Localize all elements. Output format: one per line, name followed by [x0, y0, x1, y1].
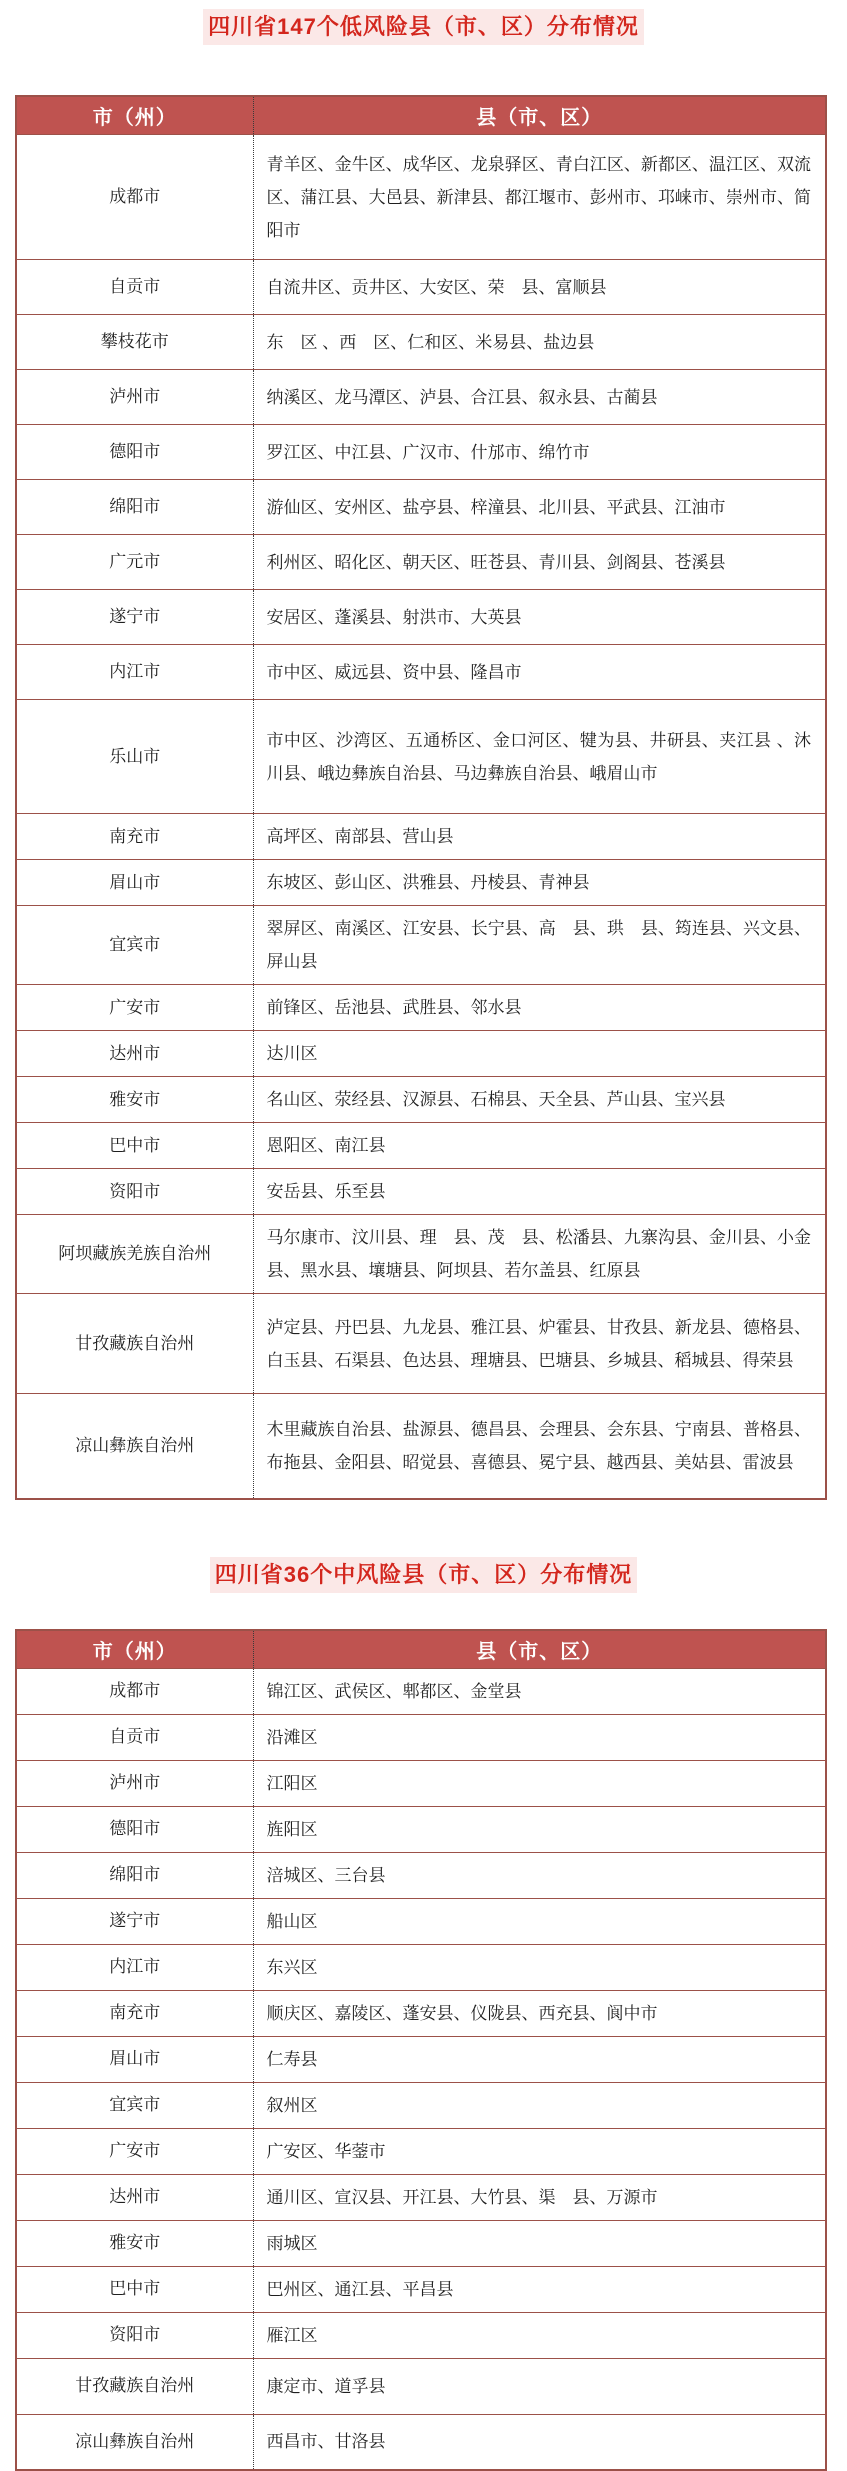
city-cell: 德阳市	[16, 1806, 253, 1852]
city-cell: 广元市	[16, 535, 253, 590]
low-risk-section: 四川省147个低风险县（市、区）分布情况 市（州） 县（市、区） 成都市青羊区、…	[0, 8, 847, 1500]
counties-cell: 顺庆区、嘉陵区、蓬安县、仪陇县、西充县、阆中市	[253, 1990, 826, 2036]
counties-cell: 市中区、沙湾区、五通桥区、金口河区、犍为县、井研县、夹江县 、沐川县、峨边彝族自…	[253, 700, 826, 814]
table-row: 绵阳市涪城区、三台县	[16, 1852, 826, 1898]
table-row: 内江市东兴区	[16, 1944, 826, 1990]
table-row: 泸州市江阳区	[16, 1760, 826, 1806]
counties-cell: 名山区、荥经县、汉源县、石棉县、天全县、芦山县、宝兴县	[253, 1077, 826, 1123]
city-cell: 乐山市	[16, 700, 253, 814]
counties-cell: 木里藏族自治县、盐源县、德昌县、会理县、会东县、宁南县、普格县、布拖县、金阳县、…	[253, 1394, 826, 1499]
table-row: 攀枝花市东 区 、西 区、仁和区、米易县、盐边县	[16, 315, 826, 370]
table-row: 德阳市罗江区、中江县、广汉市、什邡市、绵竹市	[16, 425, 826, 480]
table-row: 乐山市市中区、沙湾区、五通桥区、金口河区、犍为县、井研县、夹江县 、沐川县、峨边…	[16, 700, 826, 814]
city-cell: 宜宾市	[16, 906, 253, 985]
counties-cell: 高坪区、南部县、营山县	[253, 814, 826, 860]
table-row: 甘孜藏族自治州泸定县、丹巴县、九龙县、雅江县、炉霍县、甘孜县、新龙县、德格县、白…	[16, 1294, 826, 1394]
city-cell: 阿坝藏族羌族自治州	[16, 1215, 253, 1294]
table-row: 广元市利州区、昭化区、朝天区、旺苍县、青川县、剑阁县、苍溪县	[16, 535, 826, 590]
counties-cell: 罗江区、中江县、广汉市、什邡市、绵竹市	[253, 425, 826, 480]
table-row: 资阳市安岳县、乐至县	[16, 1169, 826, 1215]
table-row: 雅安市名山区、荥经县、汉源县、石棉县、天全县、芦山县、宝兴县	[16, 1077, 826, 1123]
city-cell: 广安市	[16, 2128, 253, 2174]
counties-cell: 江阳区	[253, 1760, 826, 1806]
city-cell: 泸州市	[16, 1760, 253, 1806]
counties-cell: 纳溪区、龙马潭区、泸县、合江县、叙永县、古蔺县	[253, 370, 826, 425]
table-row: 宜宾市叙州区	[16, 2082, 826, 2128]
counties-cell: 恩阳区、南江县	[253, 1123, 826, 1169]
column-header-county: 县（市、区）	[253, 96, 826, 135]
counties-cell: 翠屏区、南溪区、江安县、长宁县、高 县、珙 县、筠连县、兴文县、屏山县	[253, 906, 826, 985]
table-row: 内江市市中区、威远县、资中县、隆昌市	[16, 645, 826, 700]
table-header-row: 市（州） 县（市、区）	[16, 1630, 826, 1669]
counties-cell: 沿滩区	[253, 1714, 826, 1760]
table-row: 阿坝藏族羌族自治州马尔康市、汶川县、理 县、茂 县、松潘县、九寨沟县、金川县、小…	[16, 1215, 826, 1294]
column-header-county: 县（市、区）	[253, 1630, 826, 1669]
table-row: 德阳市旌阳区	[16, 1806, 826, 1852]
counties-cell: 泸定县、丹巴县、九龙县、雅江县、炉霍县、甘孜县、新龙县、德格县、白玉县、石渠县、…	[253, 1294, 826, 1394]
counties-cell: 市中区、威远县、资中县、隆昌市	[253, 645, 826, 700]
table-row: 南充市高坪区、南部县、营山县	[16, 814, 826, 860]
medium-risk-table: 市（州） 县（市、区） 成都市锦江区、武侯区、郫都区、金堂县自贡市沿滩区泸州市江…	[15, 1629, 827, 2471]
city-cell: 巴中市	[16, 1123, 253, 1169]
counties-cell: 雁江区	[253, 2312, 826, 2358]
city-cell: 眉山市	[16, 860, 253, 906]
city-cell: 资阳市	[16, 1169, 253, 1215]
title-highlight: 四川省36个中风险县（市、区）分布情况	[210, 1557, 637, 1593]
city-cell: 遂宁市	[16, 1898, 253, 1944]
table-row: 巴中市巴州区、通江县、平昌县	[16, 2266, 826, 2312]
table-row: 达州市达川区	[16, 1031, 826, 1077]
counties-cell: 叙州区	[253, 2082, 826, 2128]
medium-risk-section: 四川省36个中风险县（市、区）分布情况 市（州） 县（市、区） 成都市锦江区、武…	[0, 1556, 847, 2471]
city-cell: 泸州市	[16, 370, 253, 425]
table-row: 眉山市东坡区、彭山区、洪雅县、丹棱县、青神县	[16, 860, 826, 906]
counties-cell: 东坡区、彭山区、洪雅县、丹棱县、青神县	[253, 860, 826, 906]
low-risk-title: 四川省147个低风险县（市、区）分布情况	[0, 8, 847, 45]
counties-cell: 安居区、蓬溪县、射洪市、大英县	[253, 590, 826, 645]
city-cell: 绵阳市	[16, 480, 253, 535]
city-cell: 内江市	[16, 1944, 253, 1990]
city-cell: 眉山市	[16, 2036, 253, 2082]
city-cell: 自贡市	[16, 1714, 253, 1760]
table-row: 雅安市雨城区	[16, 2220, 826, 2266]
table-row: 成都市青羊区、金牛区、成华区、龙泉驿区、青白江区、新都区、温江区、双流区、蒲江县…	[16, 135, 826, 260]
city-cell: 成都市	[16, 135, 253, 260]
counties-cell: 东 区 、西 区、仁和区、米易县、盐边县	[253, 315, 826, 370]
table-row: 巴中市恩阳区、南江县	[16, 1123, 826, 1169]
table-row: 自贡市自流井区、贡井区、大安区、荣 县、富顺县	[16, 260, 826, 315]
city-cell: 雅安市	[16, 1077, 253, 1123]
counties-cell: 游仙区、安州区、盐亭县、梓潼县、北川县、平武县、江油市	[253, 480, 826, 535]
counties-cell: 自流井区、贡井区、大安区、荣 县、富顺县	[253, 260, 826, 315]
table-row: 资阳市雁江区	[16, 2312, 826, 2358]
counties-cell: 康定市、道孚县	[253, 2358, 826, 2414]
column-header-city: 市（州）	[16, 1630, 253, 1669]
table-row: 广安市广安区、华蓥市	[16, 2128, 826, 2174]
city-cell: 南充市	[16, 814, 253, 860]
city-cell: 巴中市	[16, 2266, 253, 2312]
counties-cell: 旌阳区	[253, 1806, 826, 1852]
table-row: 遂宁市安居区、蓬溪县、射洪市、大英县	[16, 590, 826, 645]
counties-cell: 利州区、昭化区、朝天区、旺苍县、青川县、剑阁县、苍溪县	[253, 535, 826, 590]
medium-risk-title: 四川省36个中风险县（市、区）分布情况	[0, 1556, 847, 1593]
counties-cell: 通川区、宣汉县、开江县、大竹县、渠 县、万源市	[253, 2174, 826, 2220]
city-cell: 凉山彝族自治州	[16, 1394, 253, 1499]
counties-cell: 前锋区、岳池县、武胜县、邻水县	[253, 985, 826, 1031]
city-cell: 甘孜藏族自治州	[16, 2358, 253, 2414]
counties-cell: 巴州区、通江县、平昌县	[253, 2266, 826, 2312]
city-cell: 绵阳市	[16, 1852, 253, 1898]
city-cell: 资阳市	[16, 2312, 253, 2358]
counties-cell: 广安区、华蓥市	[253, 2128, 826, 2174]
city-cell: 内江市	[16, 645, 253, 700]
table-row: 自贡市沿滩区	[16, 1714, 826, 1760]
city-cell: 甘孜藏族自治州	[16, 1294, 253, 1394]
table-row: 绵阳市游仙区、安州区、盐亭县、梓潼县、北川县、平武县、江油市	[16, 480, 826, 535]
city-cell: 遂宁市	[16, 590, 253, 645]
city-cell: 凉山彝族自治州	[16, 2414, 253, 2470]
table-row: 宜宾市翠屏区、南溪区、江安县、长宁县、高 县、珙 县、筠连县、兴文县、屏山县	[16, 906, 826, 985]
table-row: 泸州市纳溪区、龙马潭区、泸县、合江县、叙永县、古蔺县	[16, 370, 826, 425]
table-row: 凉山彝族自治州西昌市、甘洛县	[16, 2414, 826, 2470]
counties-cell: 马尔康市、汶川县、理 县、茂 县、松潘县、九寨沟县、金川县、小金县、黑水县、壤塘…	[253, 1215, 826, 1294]
counties-cell: 涪城区、三台县	[253, 1852, 826, 1898]
city-cell: 德阳市	[16, 425, 253, 480]
city-cell: 广安市	[16, 985, 253, 1031]
title-highlight: 四川省147个低风险县（市、区）分布情况	[203, 9, 644, 45]
counties-cell: 东兴区	[253, 1944, 826, 1990]
counties-cell: 仁寿县	[253, 2036, 826, 2082]
table-row: 南充市顺庆区、嘉陵区、蓬安县、仪陇县、西充县、阆中市	[16, 1990, 826, 2036]
table-row: 眉山市仁寿县	[16, 2036, 826, 2082]
table-row: 甘孜藏族自治州康定市、道孚县	[16, 2358, 826, 2414]
counties-cell: 西昌市、甘洛县	[253, 2414, 826, 2470]
table-row: 成都市锦江区、武侯区、郫都区、金堂县	[16, 1668, 826, 1714]
counties-cell: 船山区	[253, 1898, 826, 1944]
table-row: 广安市前锋区、岳池县、武胜县、邻水县	[16, 985, 826, 1031]
table-header-row: 市（州） 县（市、区）	[16, 96, 826, 135]
city-cell: 宜宾市	[16, 2082, 253, 2128]
city-cell: 达州市	[16, 2174, 253, 2220]
table-row: 达州市通川区、宣汉县、开江县、大竹县、渠 县、万源市	[16, 2174, 826, 2220]
city-cell: 成都市	[16, 1668, 253, 1714]
counties-cell: 达川区	[253, 1031, 826, 1077]
counties-cell: 雨城区	[253, 2220, 826, 2266]
city-cell: 雅安市	[16, 2220, 253, 2266]
column-header-city: 市（州）	[16, 96, 253, 135]
low-risk-table: 市（州） 县（市、区） 成都市青羊区、金牛区、成华区、龙泉驿区、青白江区、新都区…	[15, 95, 827, 1500]
table-row: 遂宁市船山区	[16, 1898, 826, 1944]
city-cell: 攀枝花市	[16, 315, 253, 370]
counties-cell: 安岳县、乐至县	[253, 1169, 826, 1215]
page: 四川省147个低风险县（市、区）分布情况 市（州） 县（市、区） 成都市青羊区、…	[0, 0, 847, 2471]
counties-cell: 锦江区、武侯区、郫都区、金堂县	[253, 1668, 826, 1714]
table-row: 凉山彝族自治州木里藏族自治县、盐源县、德昌县、会理县、会东县、宁南县、普格县、布…	[16, 1394, 826, 1499]
city-cell: 南充市	[16, 1990, 253, 2036]
city-cell: 自贡市	[16, 260, 253, 315]
city-cell: 达州市	[16, 1031, 253, 1077]
counties-cell: 青羊区、金牛区、成华区、龙泉驿区、青白江区、新都区、温江区、双流区、蒲江县、大邑…	[253, 135, 826, 260]
